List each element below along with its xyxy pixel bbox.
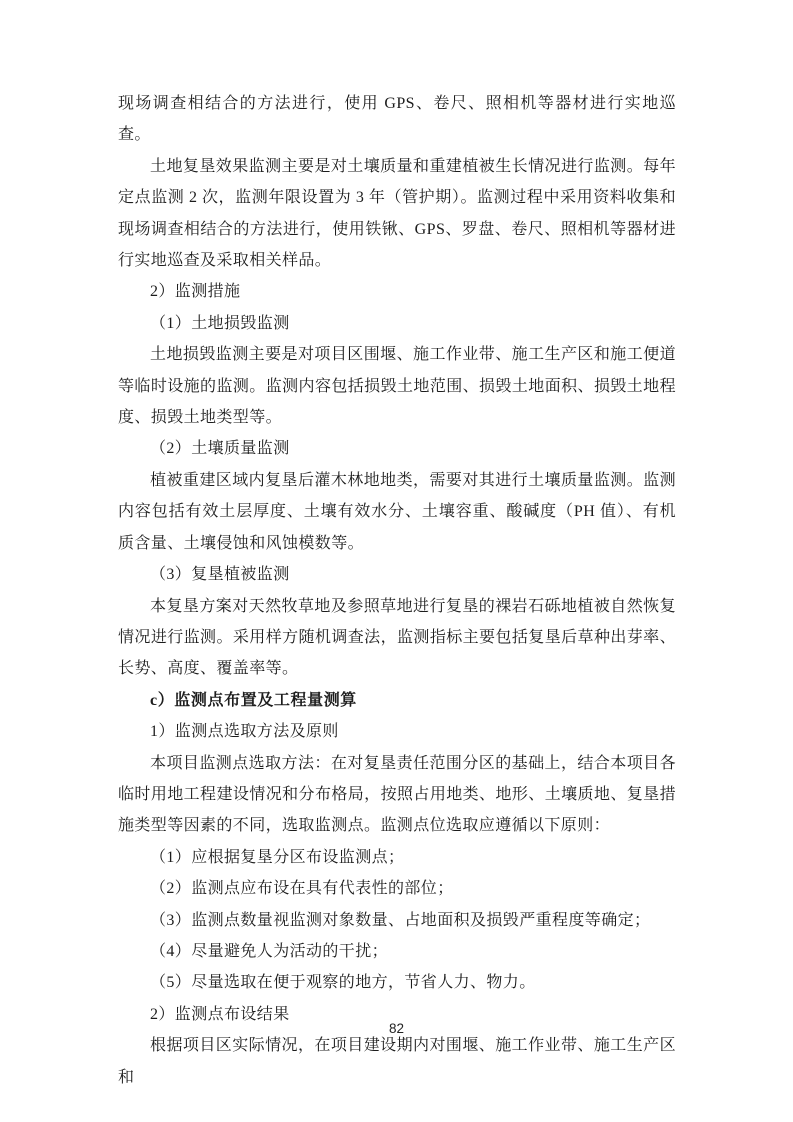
list-item: （4）尽量避免人为活动的干扰；: [118, 936, 676, 967]
list-item: （5）尽量选取在便于观察的地方，节省人力、物力。: [118, 967, 676, 998]
heading-monitoring-measures: 2）监测措施: [118, 276, 676, 307]
page-footer: 82: [0, 1020, 793, 1038]
page-number: 82: [389, 1021, 404, 1036]
page-body: 现场调查相结合的方法进行，使用 GPS、卷尺、照相机等器材进行实地巡查。 土地复…: [118, 88, 676, 1093]
list-item: （2）监测点应布设在具有代表性的部位；: [118, 873, 676, 904]
heading-land-damage-monitoring: （1）土地损毁监测: [118, 308, 676, 339]
paragraph: 根据项目区实际情况，在项目建设期内对围堰、施工作业带、施工生产区和: [118, 1030, 676, 1093]
heading-monitoring-points-layout: c）监测点布置及工程量测算: [118, 685, 676, 716]
list-item: （3）监测点数量视监测对象数量、占地面积及损毁严重程度等确定；: [118, 905, 676, 936]
paragraph: 本项目监测点选取方法：在对复垦责任范围分区的基础上，结合本项目各临时用地工程建设…: [118, 748, 676, 842]
heading-vegetation-monitoring: （3）复垦植被监测: [118, 559, 676, 590]
paragraph: 现场调查相结合的方法进行，使用 GPS、卷尺、照相机等器材进行实地巡查。: [118, 88, 676, 151]
document-page: 现场调查相结合的方法进行，使用 GPS、卷尺、照相机等器材进行实地巡查。 土地复…: [0, 0, 793, 1122]
paragraph: 土地复垦效果监测主要是对土壤质量和重建植被生长情况进行监测。每年定点监测 2 次…: [118, 151, 676, 277]
paragraph: 本复垦方案对天然牧草地及参照草地进行复垦的裸岩石砾地植被自然恢复情况进行监测。采…: [118, 591, 676, 685]
paragraph: 植被重建区域内复垦后灌木林地地类，需要对其进行土壤质量监测。监测内容包括有效土层…: [118, 465, 676, 559]
paragraph: 土地损毁监测主要是对项目区围堰、施工作业带、施工生产区和施工便道等临时设施的监测…: [118, 339, 676, 433]
heading-selection-method: 1）监测点选取方法及原则: [118, 716, 676, 747]
list-item: （1）应根据复垦分区布设监测点；: [118, 842, 676, 873]
heading-soil-quality-monitoring: （2）土壤质量监测: [118, 433, 676, 464]
